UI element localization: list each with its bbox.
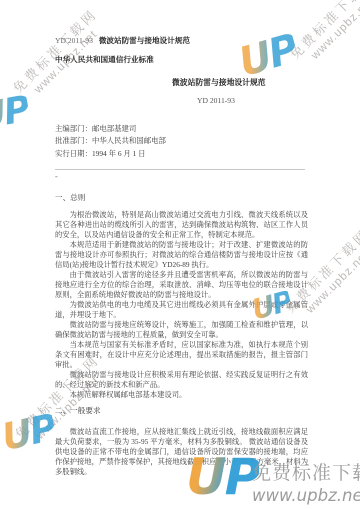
document-body: YD 2011-93 微波站防雷与接地设计规范 中华人民共和国通信行业标准 微波…: [55, 36, 308, 477]
doc-title: 微波站防雷与接地设计规范: [55, 78, 308, 88]
upbz-logo-icon: UP: [0, 409, 58, 456]
meta-date-line: 实行日期：1994 年 6 月 1 日: [55, 148, 308, 160]
brand-site-url: www.upbz.net: [252, 486, 360, 505]
document-page: YD 2011-93 微波站防雷与接地设计规范 中华人民共和国通信行业标准 微波…: [0, 0, 360, 509]
paragraph: 为微波站供电的电力电缆及其它进出缆线必须具有金属外护层或穿金属管道，并埋设于地下…: [55, 300, 308, 320]
paragraph: 微波站防雷与接地设计应积极采用有理论依据、经实践反复证明行之有效的、经过鉴定的新…: [55, 370, 308, 390]
section-heading-2: 二、一般要求: [55, 406, 308, 416]
doc-ref-title: 微波站防雷与接地设计规范: [99, 36, 190, 45]
horizontal-divider: [55, 169, 305, 170]
paragraph: 本规范解释权属邮电部基本建设司。: [55, 390, 308, 400]
paragraph: 为根治微波站，特别是高山微波站通过交流电力引线、微波天线系统以及其它各种进出站的…: [55, 210, 308, 240]
paragraph: 当本规范与国家有关标准矛盾时，应以国家标准为准，如执行本规范个别条文有困难时，在…: [55, 340, 308, 370]
meta-approver-line: 批准部门：中华人民共和国邮电部: [55, 135, 308, 147]
paragraph: 本规范适用于新建微波站的防雷与接地设计；对于改建、扩建微波站的防雷与接地设计亦可…: [55, 240, 308, 270]
divider-dash: -: [55, 172, 308, 181]
doc-ref-code: YD 2011-93: [55, 36, 93, 45]
paragraph: 由于微波站引入雷害的途径多并且遭受雷害机率高，所以微波站的防雷与接地应进行全方位…: [55, 270, 308, 300]
meta-editor-line: 主编部门：邮电部基建司: [55, 123, 308, 135]
section-2-paragraphs: 微波站直流工作接地，应从接地汇集线上就近引线，接地线截面积应满足最大负荷要求，一…: [55, 427, 308, 477]
standard-type-line: 中华人民共和国通信行业标准: [55, 55, 308, 65]
meta-block: 主编部门：邮电部基建司 批准部门：中华人民共和国邮电部 实行日期：1994 年 …: [55, 123, 308, 160]
paragraph: 微波站防雷与接地应统筹设计，统筹施工，加强随工检查和维护管理，以确保微波站防雷与…: [55, 320, 308, 340]
section-1-paragraphs: 为根治微波站，特别是高山微波站通过交流电力引线、微波天线系统以及其它各种进出站的…: [55, 210, 308, 400]
section-heading-1: 一、总则: [55, 193, 308, 203]
doc-code: YD 2011-93: [55, 96, 308, 106]
upbz-logo-icon: UP: [0, 92, 31, 136]
paragraph: 微波站直流工作接地，应从接地汇集线上就近引线，接地线截面积应满足最大负荷要求，一…: [55, 427, 308, 477]
doc-ref-line: YD 2011-93 微波站防雷与接地设计规范: [55, 36, 308, 46]
